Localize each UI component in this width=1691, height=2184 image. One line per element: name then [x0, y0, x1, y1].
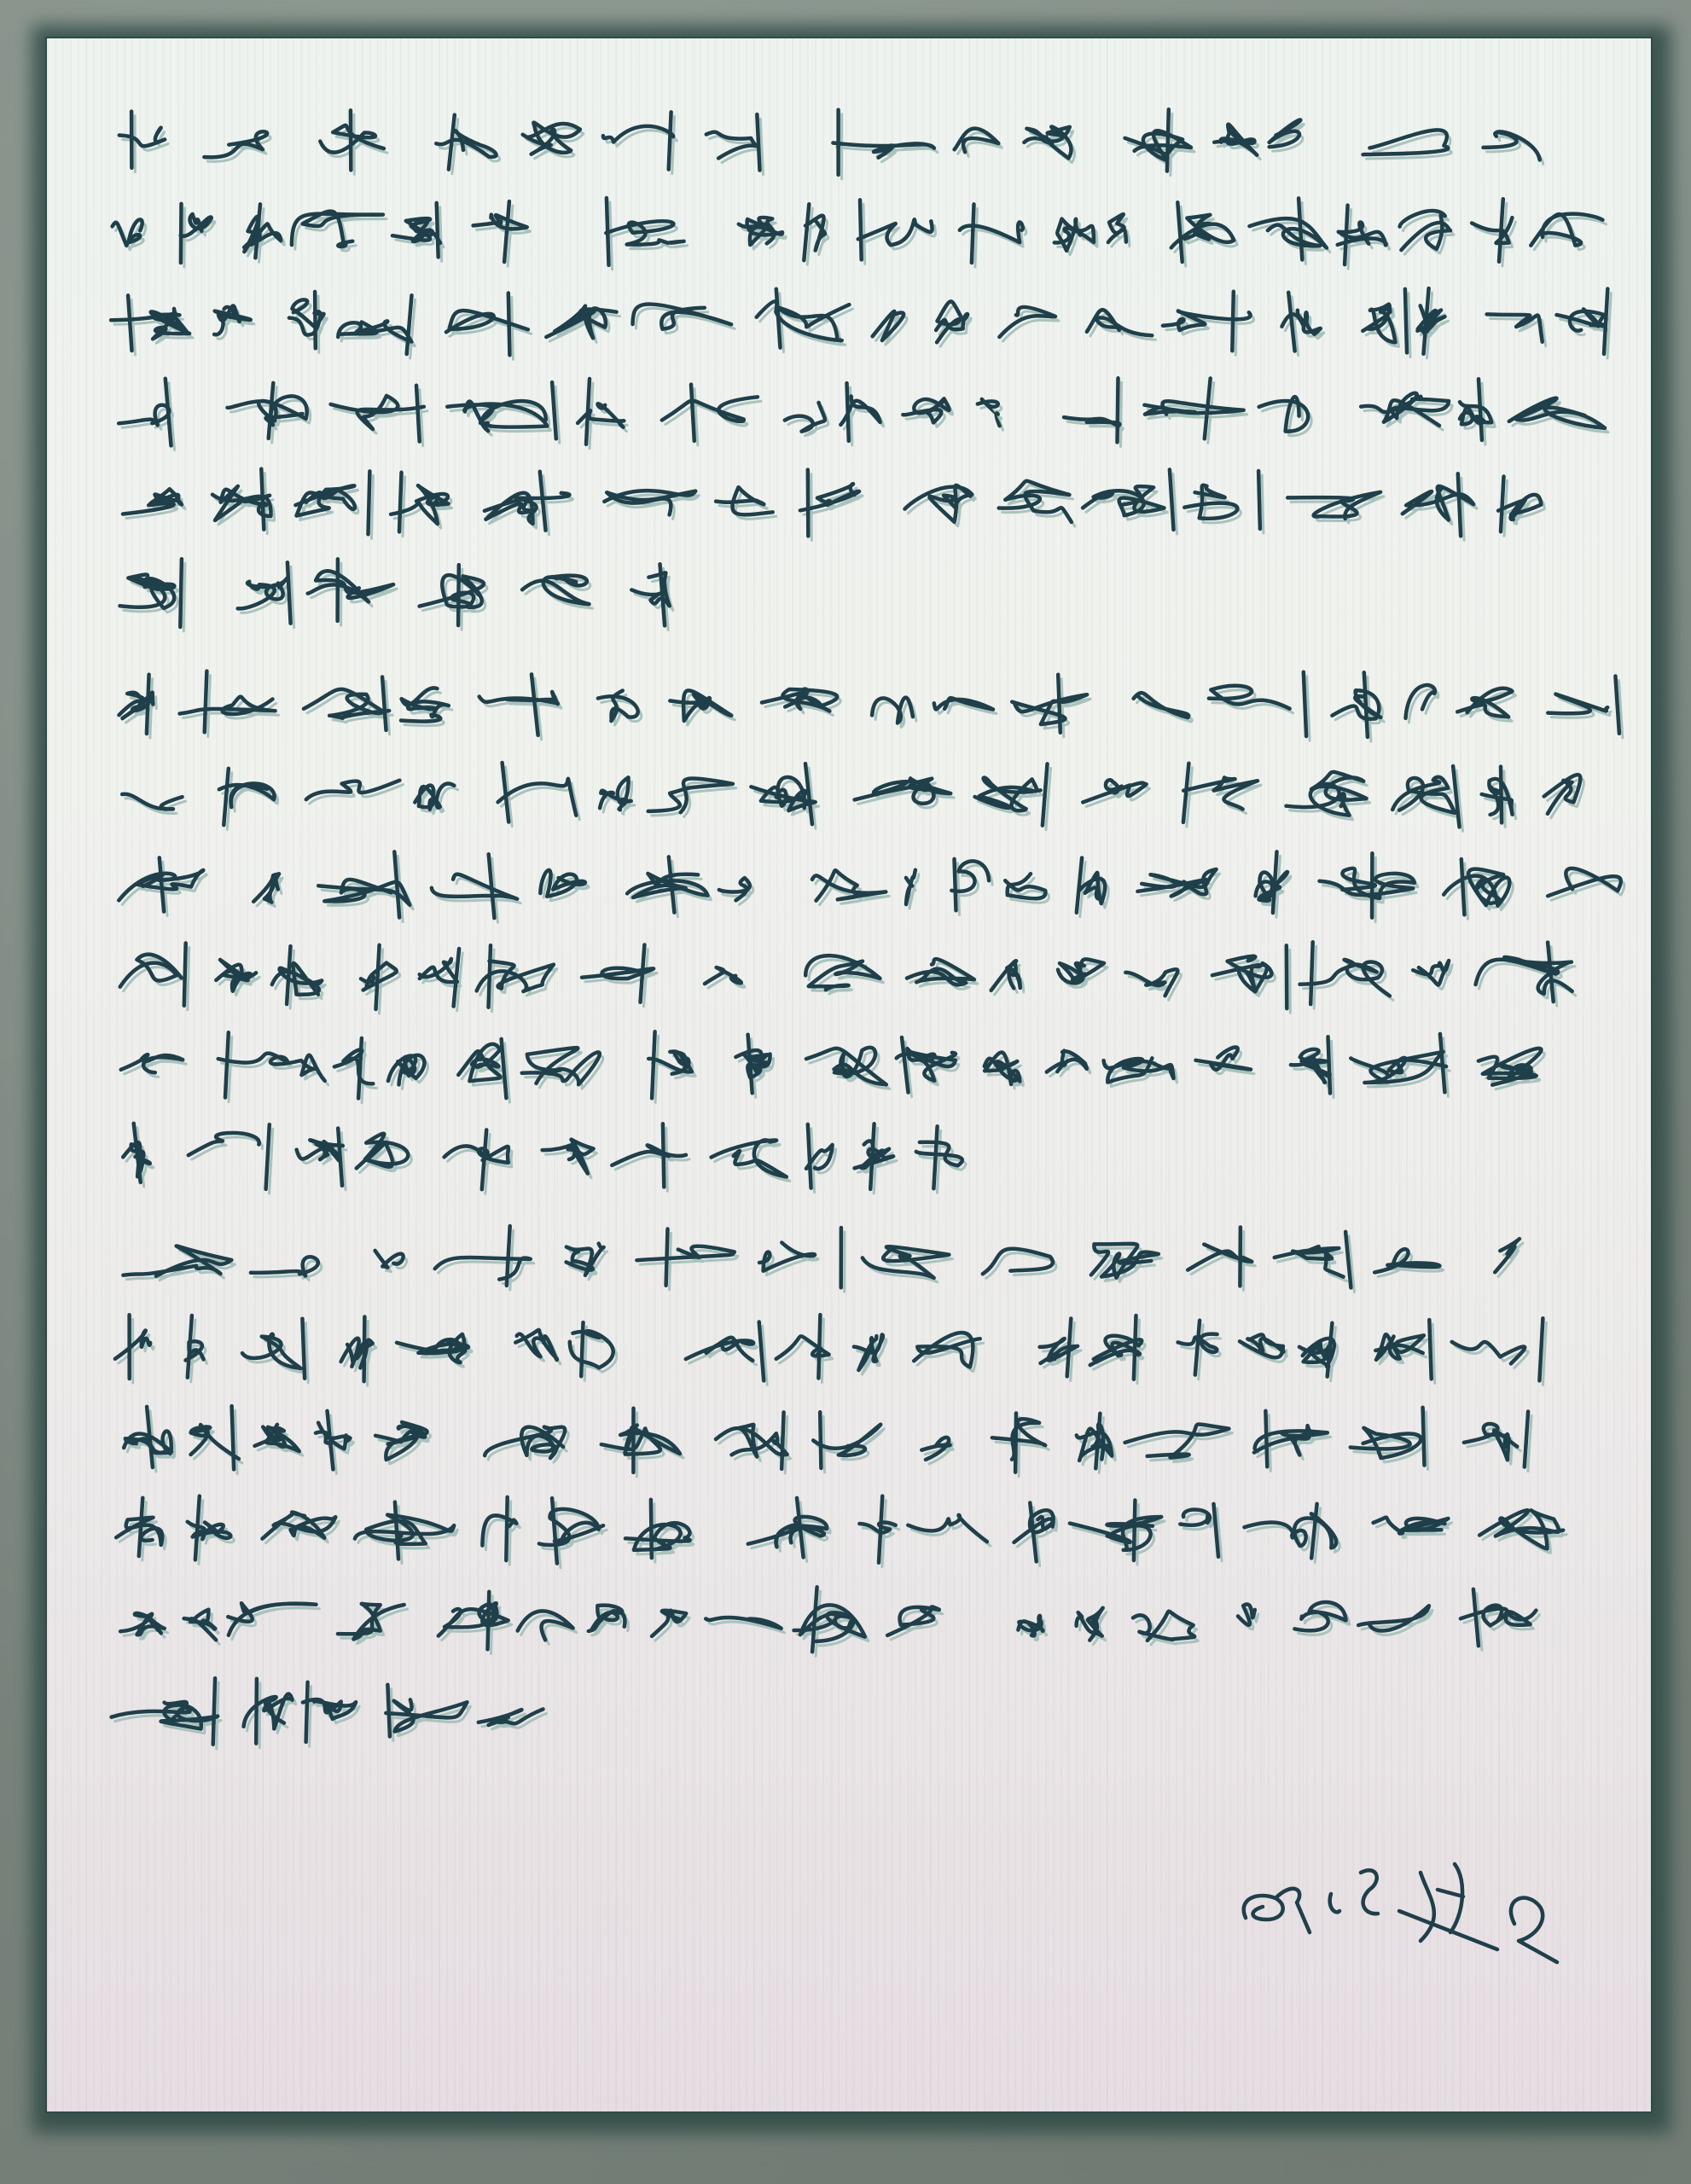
painted-board: Painting of asemic (illegible) handwriti… — [47, 38, 1651, 2111]
signature — [47, 38, 1651, 2111]
